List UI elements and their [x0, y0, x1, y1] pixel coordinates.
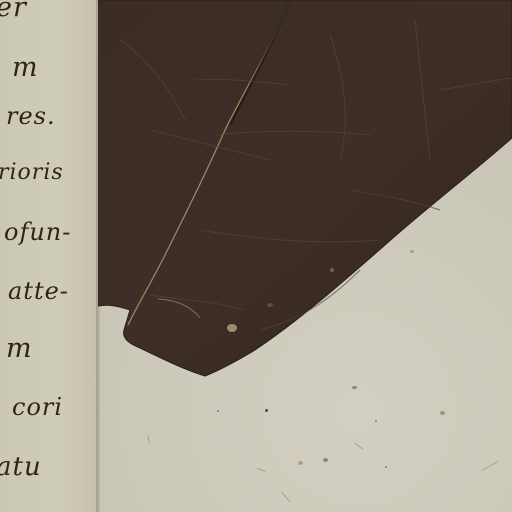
handwriting-line: atte-: [8, 277, 69, 305]
handwritten-label: er m res. rioris ofun- atte- m cori atu: [0, 0, 98, 512]
handwriting-line: er: [0, 0, 27, 23]
handwriting-line: res.: [6, 102, 56, 130]
handwriting-line: m: [6, 333, 33, 364]
handwriting-line: m: [12, 52, 39, 83]
handwriting-line: atu: [0, 452, 42, 482]
specimen-scene: er m res. rioris ofun- atte- m cori atu: [0, 0, 512, 512]
handwriting-line: cori: [12, 393, 63, 421]
handwriting-line: rioris: [0, 160, 64, 185]
handwriting-line: ofun-: [4, 218, 71, 246]
